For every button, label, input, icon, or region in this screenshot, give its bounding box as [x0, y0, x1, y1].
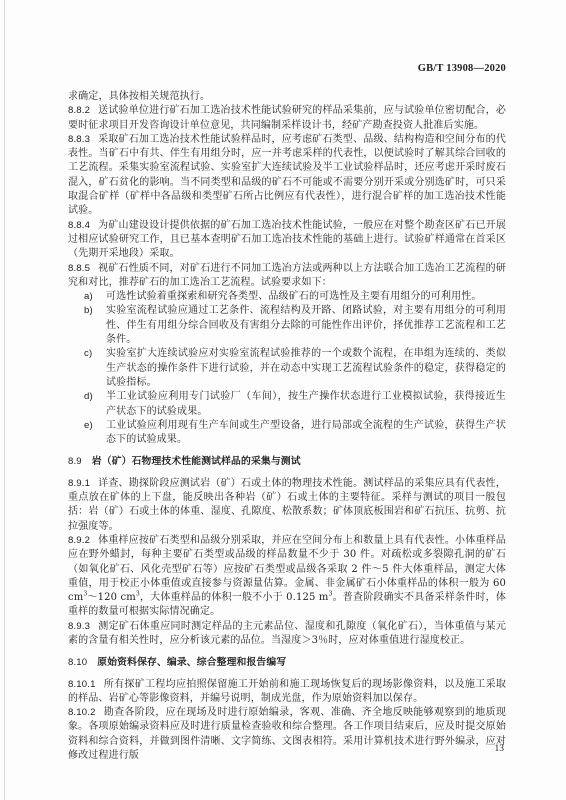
- clause-text: 所有探矿工程均应拍照保留施工开始前和施工现场恢复后的现场影像资料，以及施工采取的…: [68, 679, 506, 704]
- clause-number: 8.10.1: [68, 679, 96, 690]
- section-number: 8.10: [68, 657, 87, 668]
- section-title: 岩（矿）石物理技术性能测试样品的采集与测试: [92, 456, 301, 467]
- clause-8-9-3: 8.9.3测定矿石体重应同时测定样品的主元素品位、湿度和孔隙度（氧化矿石），当体…: [68, 620, 506, 649]
- clause-text: 勘查各阶段，应在现场及时进行原始编录，客观、准确、齐全地反映能够观察到的地质现象…: [68, 707, 506, 761]
- list-text: 实验室流程试验应通过工艺条件、流程结构及开路、闭路试验，对主要有用组分的可利用性…: [106, 304, 506, 347]
- clause-text: 为矿山建设设计提供依据的矿石加工选冶技术性能试验，一般应在对整个勘查区矿石已开展…: [68, 220, 506, 260]
- clause-number: 8.8.2: [68, 105, 90, 116]
- list-item-d: d) 半工业试验应利用专门试验厂（车间），按生产操作状态进行工业模拟试验，获得接…: [84, 390, 506, 419]
- clause-8-10-2: 8.10.2勘查各阶段，应在现场及时进行原始编录，客观、准确、齐全地反映能够观察…: [68, 706, 506, 763]
- list-marker: d): [84, 390, 106, 419]
- list-text: 实验室扩大连续试验应对实验室流程试验推荐的一个或数个流程，在串组为连续的、类似生…: [106, 347, 506, 390]
- page-number: 13: [495, 744, 505, 754]
- list-text: 工业试验应利用现有生产车间或生产型设备，进行局部或全流程的生产试验，获得生产状态…: [106, 419, 506, 448]
- clause-number: 8.8.5: [68, 263, 90, 274]
- clause-number: 8.8.4: [68, 220, 90, 231]
- section-number: 8.9: [68, 456, 82, 467]
- list-item-b: b) 实验室流程试验应通过工艺条件、流程结构及开路、闭路试验，对主要有用组分的可…: [84, 304, 506, 347]
- standard-code-header: GB/T 13908—2020: [418, 63, 506, 74]
- list-marker: c): [84, 347, 106, 390]
- clause-8-8-2: 8.8.2送试验单位进行矿石加工选冶技术性能试验研究的样品采集前，应与试验单位密…: [68, 104, 506, 133]
- clause-8-8-5: 8.8.5视矿石性质不同，对矿石进行不同加工选冶方法或两种以上方法联合加工选冶工…: [68, 262, 506, 291]
- document-body: 求确定，具体按相关规范执行。 8.8.2送试验单位进行矿石加工选冶技术性能试验研…: [68, 90, 506, 763]
- section-heading-8-10: 8.10原始资料保存、编录、综合整理和报告编写: [68, 656, 506, 670]
- page-edge: [4, 0, 5, 800]
- clause-text: 视矿石性质不同，对矿石进行不同加工选冶方法或两种以上方法联合加工选冶工艺流程的研…: [68, 263, 506, 288]
- list-text: 半工业试验应利用专门试验厂（车间），按生产操作状态进行工业模拟试验，获得接近生产…: [106, 390, 506, 419]
- clause-number: 8.9.2: [68, 535, 90, 546]
- clause-text: 送试验单位进行矿石加工选冶技术性能试验研究的样品采集前，应与试验单位密切配合，必…: [68, 105, 506, 130]
- clause-8-9-1: 8.9.1详查、勘探阶段应测试岩（矿）石或土体的物理技术性能。测试样品的采集应具…: [68, 477, 506, 534]
- clause-text: ～120 cm: [87, 592, 136, 603]
- list-marker: a): [84, 290, 106, 304]
- clause-8-8-3: 8.8.3采取矿石加工选冶技术性能试验样品时，应考虑矿石类型、品级、结构构造和空…: [68, 133, 506, 219]
- clause-text: 采取矿石加工选冶技术性能试验样品时，应考虑矿石类型、品级、结构构造和空间分布的代…: [68, 134, 506, 216]
- clause-text: 测定矿石体重应同时测定样品的主元素品位、湿度和孔隙度（氧化矿石），当体重值与某元…: [68, 621, 506, 646]
- list-item-c: c) 实验室扩大连续试验应对实验室流程试验推荐的一个或数个流程，在串组为连续的、…: [84, 347, 506, 390]
- list-item-a: a) 可选性试验着重探索和研究各类型、品级矿石的可选性及主要有用组分的可利用性。: [84, 290, 506, 304]
- list-marker: e): [84, 419, 106, 448]
- clause-8-8-4: 8.8.4为矿山建设设计提供依据的矿石加工选冶技术性能试验，一般应在对整个勘查区…: [68, 219, 506, 262]
- clause-number: 8.9.3: [68, 621, 90, 632]
- clause-number: 8.9.1: [68, 478, 90, 489]
- clause-text: ，大体重样品的体积一般不小于 0.125 m: [140, 592, 329, 603]
- clause-number: 8.10.2: [68, 707, 96, 718]
- list-item-e: e) 工业试验应利用现有生产车间或生产型设备，进行局部或全流程的生产试验，获得生…: [84, 419, 506, 448]
- list-text: 可选性试验着重探索和研究各类型、品级矿石的可选性及主要有用组分的可利用性。: [106, 290, 506, 304]
- document-page: GB/T 13908—2020 求确定，具体按相关规范执行。 8.8.2送试验单…: [0, 0, 566, 800]
- list-marker: b): [84, 304, 106, 347]
- clause-text: 详查、勘探阶段应测试岩（矿）石或土体的物理技术性能。测试样品的采集应具有代表性，…: [68, 478, 506, 532]
- clause-8-9-2: 8.9.2体重样应按矿石类型和品级分别采取，并应在空间分布上和数量上具有代表性。…: [68, 534, 506, 620]
- continuation-paragraph: 求确定，具体按相关规范执行。: [68, 90, 506, 104]
- section-heading-8-9: 8.9岩（矿）石物理技术性能测试样品的采集与测试: [68, 455, 506, 469]
- clause-8-10-1: 8.10.1所有探矿工程均应拍照保留施工开始前和施工现场恢复后的现场影像资料，以…: [68, 678, 506, 707]
- clause-number: 8.8.3: [68, 134, 90, 145]
- section-title: 原始资料保存、编录、综合整理和报告编写: [97, 657, 286, 668]
